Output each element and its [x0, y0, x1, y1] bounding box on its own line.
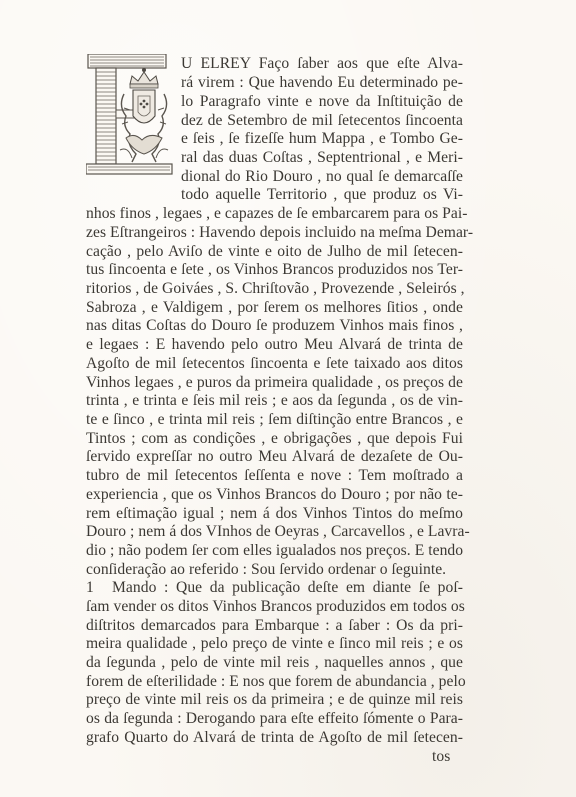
text-line: rem eſtimação igual ; nem á dos Vinhos T… — [86, 505, 463, 524]
text-line: zes Eſtrangeiros : Havendo depois inclui… — [86, 224, 463, 243]
text-line: cação , pelo Aviſo de vinte e oito de Ju… — [86, 243, 463, 262]
text-line: preço de vinte mil reis os da primeira ;… — [86, 691, 463, 710]
text-line: meira qualidade , pelo preço de vinte e … — [86, 635, 463, 654]
text-line: ritorios , de Goiváes , S. Chriſtovão , … — [86, 280, 463, 299]
text-line: Tintos ; com as condições , e obrigações… — [86, 430, 463, 449]
text-line: os da ſegunda : Derogando para eſte effe… — [86, 710, 463, 729]
text-line: lo Paragrafo vinte e nove da Inſtituição… — [181, 93, 463, 112]
decorated-initial-e-icon — [86, 54, 176, 176]
text-line: dional do Rio Douro , no qual ſe demarca… — [181, 168, 463, 187]
text-line: dio ; não podem ſer com elles igualados … — [86, 542, 463, 561]
text-line: diſtritos demarcados para Embarque : a ſ… — [86, 617, 463, 636]
text-line: nas ditas Coſtas do Douro ſe produzem Vi… — [86, 317, 463, 336]
crown-coat-of-arms-icon — [86, 54, 176, 176]
text-line: conſideração ao referido : Sou ſervido o… — [86, 561, 463, 580]
text-line: U ELREY Faço ſaber aos que eſte Alva- — [181, 55, 463, 74]
text-line: Sabroza , e Valdigem , por ſerem os melh… — [86, 299, 463, 318]
text-line: da ſegunda , pelo de vinte mil reis , na… — [86, 654, 463, 673]
catchword: tos — [432, 748, 472, 767]
text-line: grafo Quarto do Alvará de trinta de Agoſ… — [86, 729, 463, 748]
text-line: Vinhos legaes , e puros da primeira qual… — [86, 374, 463, 393]
text-line: trinta , e trinta e ſeis mil reis ; e ao… — [86, 392, 463, 411]
text-line: tus ſincoenta e ſete , os Vinhos Brancos… — [86, 261, 463, 280]
text-line: e ſeis , ſe fizeſſe hum Mappa , e Tombo … — [181, 130, 463, 149]
paragraph-number: 1 — [86, 579, 112, 598]
text-line: ſervido expreſſar no outro Meu Alvará de… — [86, 448, 463, 467]
text-line: Agoſto de mil ſetecentos ſincoenta e ſet… — [86, 355, 463, 374]
text-line: e legaes : E havendo pelo outro Meu Alva… — [86, 336, 463, 355]
text-line: Mando : Que da publicação deſte em diant… — [112, 579, 463, 596]
text-line: tubro de mil ſetecentos ſeſſenta e nove … — [86, 467, 463, 486]
paragraph-1-first-line: 1Mando : Que da publicação deſte em dian… — [86, 579, 463, 598]
text-line: todo aquelle Territorio , que produz os … — [181, 186, 463, 205]
text-line: experiencia , que os Vinhos Brancos do D… — [86, 486, 463, 505]
text-line: Douro ; nem á dos VInhos de Oeyras , Car… — [86, 523, 463, 542]
text-line: ſam vender os ditos Vinhos Brancos produ… — [86, 598, 463, 617]
text-line: te e ſinco , e trinta mil reis ; ſem diſ… — [86, 411, 463, 430]
text-line: nhos finos , legaes , e capazes de ſe em… — [86, 205, 463, 224]
text-line: dez de Setembro de mil ſetecentos ſincoe… — [181, 112, 463, 131]
text-line: ral das duas Coſtas , Septentrional , e … — [181, 149, 463, 168]
text-line: forem de eſterilidade : E nos que forem … — [86, 673, 463, 692]
text-line: rá virem : Que havendo Eu determinado pe… — [181, 74, 463, 93]
